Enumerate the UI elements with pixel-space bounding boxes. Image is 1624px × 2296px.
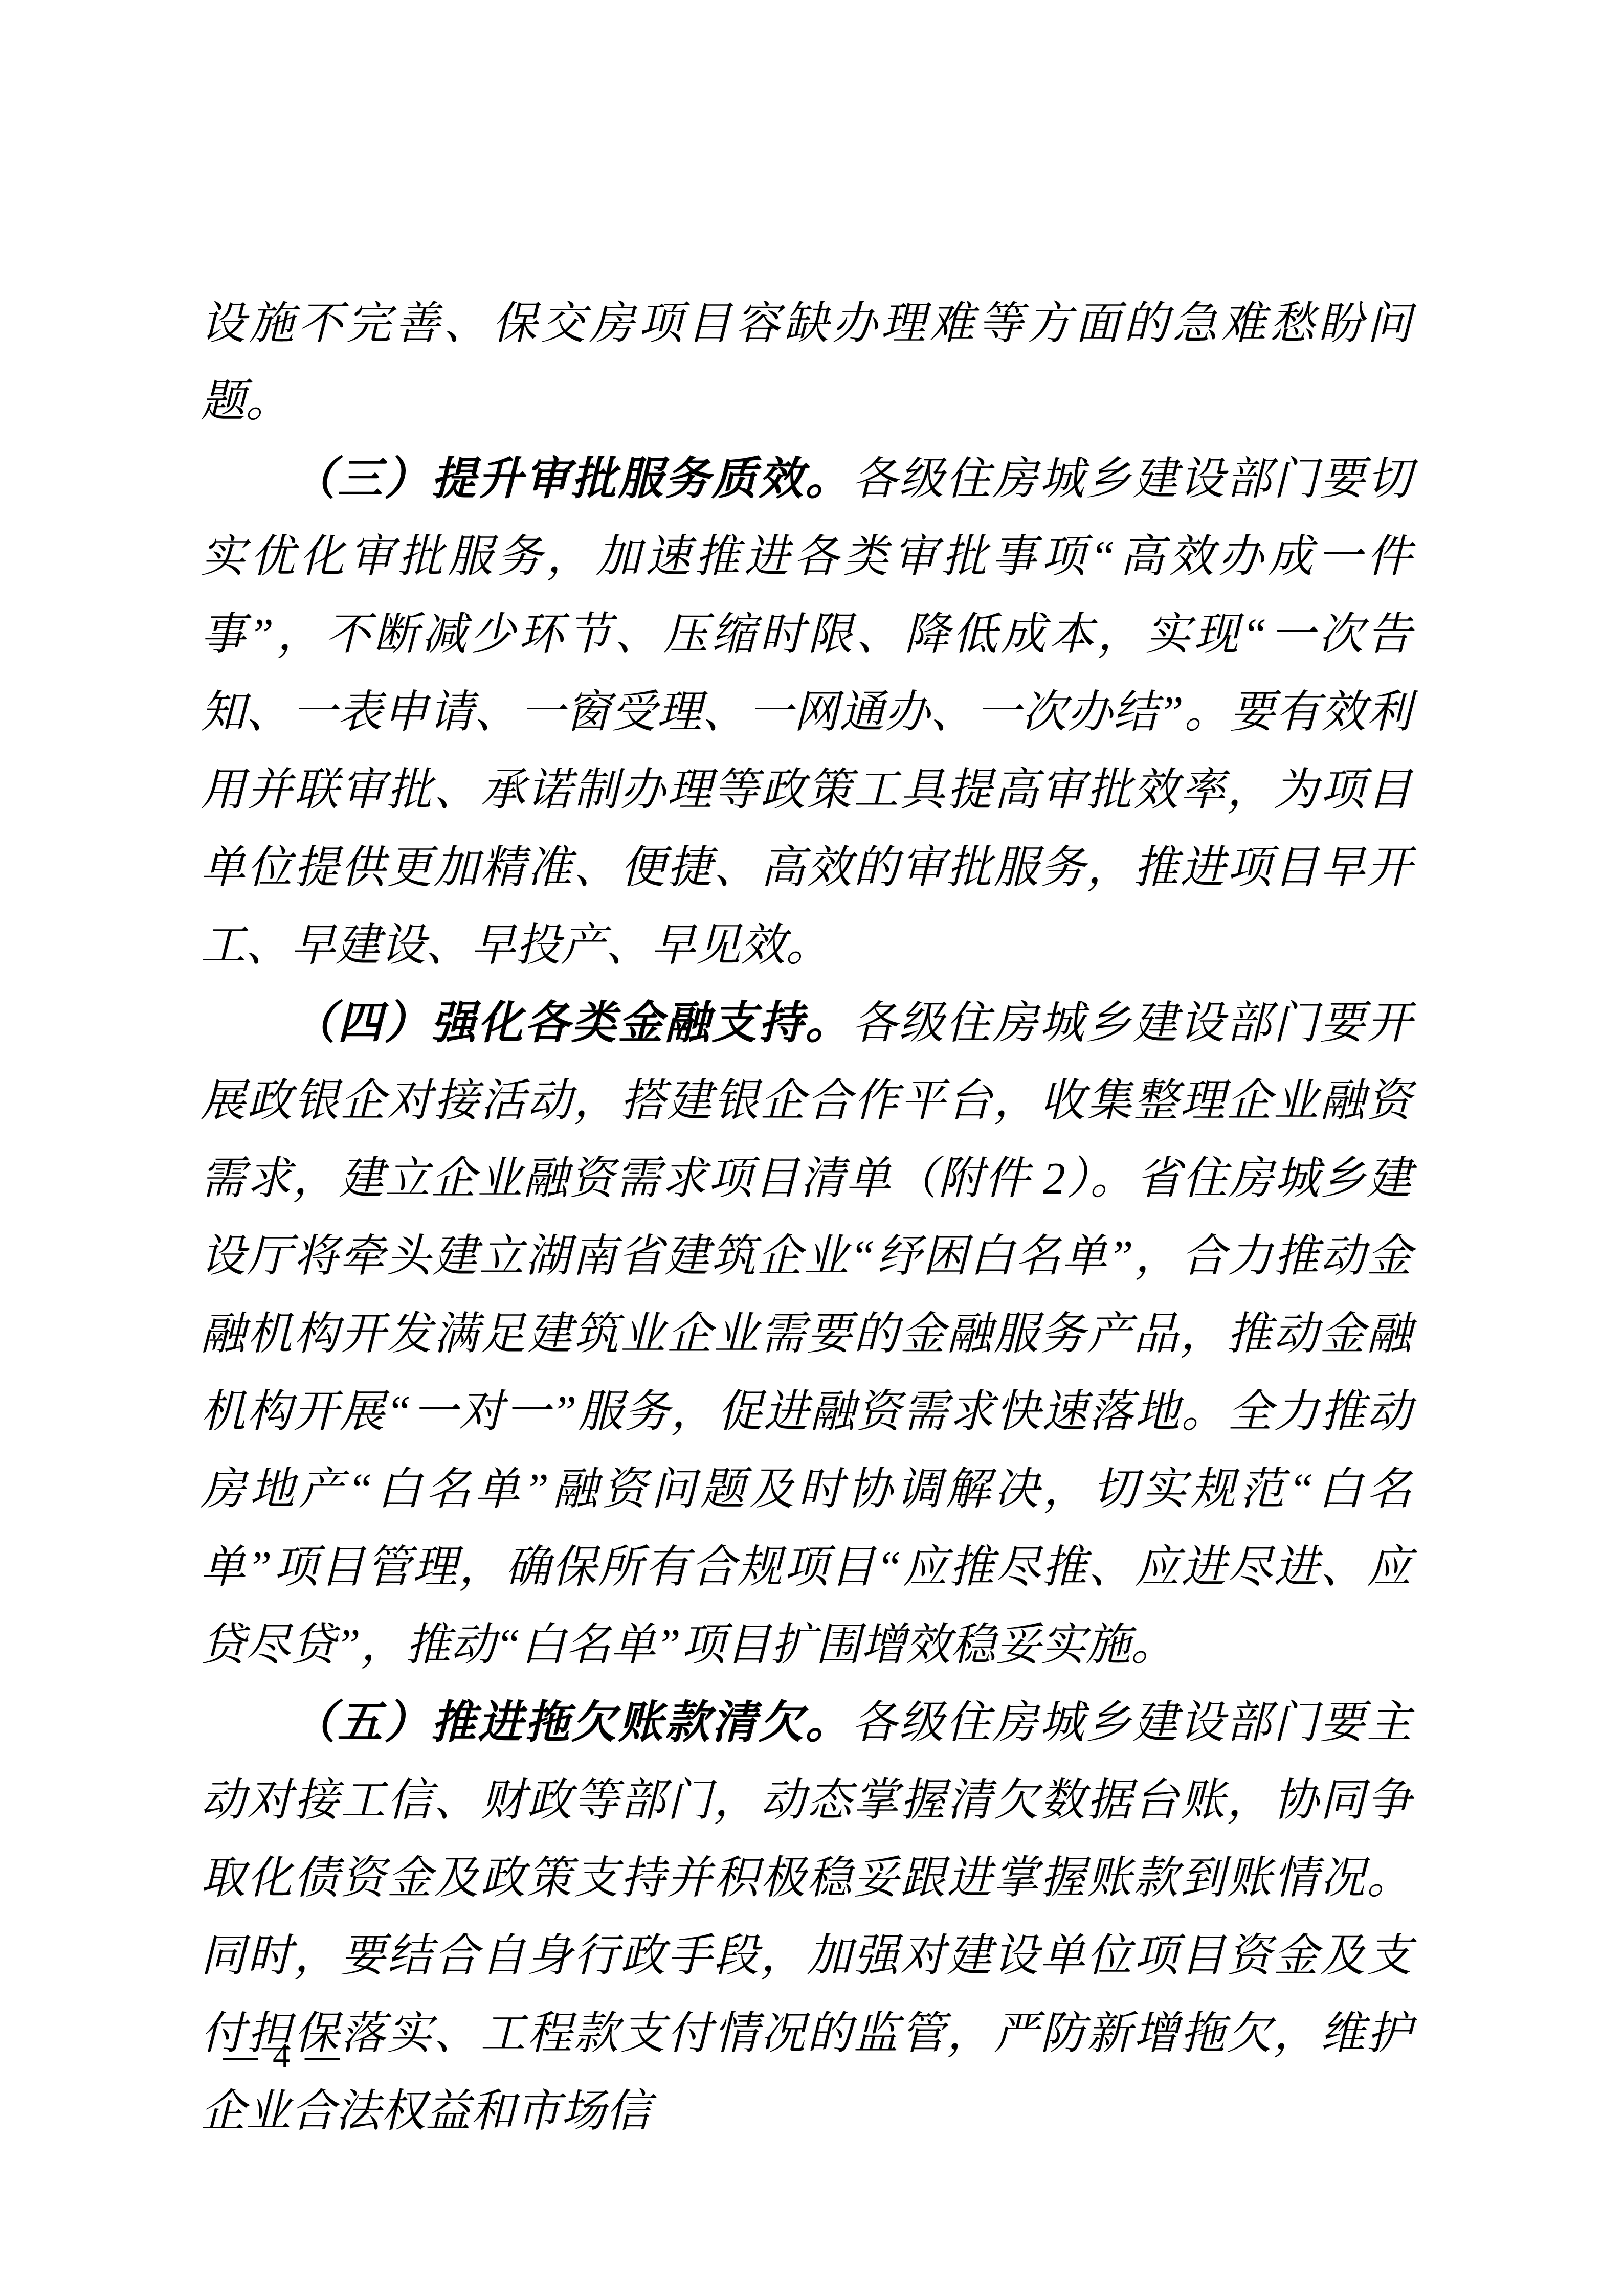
paragraph-section-4-text: 各级住房城乡建设部门要开展政银企对接活动，搭建银企合作平台，收集整理企业融资需求… bbox=[201, 999, 1412, 1670]
page-footer: — 4 — bbox=[223, 2038, 343, 2073]
paragraph-section-3-heading: （三）提升审批服务质效。 bbox=[291, 455, 852, 504]
paragraph-section-5: （五）推进拖欠账款清欠。各级住房城乡建设部门要主动对接工信、财政等部门，动态掌握… bbox=[201, 1684, 1412, 2151]
page-number: — 4 — bbox=[223, 2036, 343, 2075]
paragraph-section-4: （四）强化各类金融支持。各级住房城乡建设部门要开展政银企对接活动，搭建银企合作平… bbox=[201, 985, 1412, 1684]
paragraph-section-4-heading: （四）强化各类金融支持。 bbox=[291, 999, 852, 1048]
document-body: 设施不完善、保交房项目容缺办理难等方面的急难愁盼问题。 （三）提升审批服务质效。… bbox=[201, 285, 1412, 2151]
paragraph-section-3-text: 各级住房城乡建设部门要切实优化审批服务，加速推进各类审批事项“高效办成一件事”，… bbox=[201, 455, 1412, 971]
paragraph-section-5-text: 各级住房城乡建设部门要主动对接工信、财政等部门，动态掌握清欠数据台账，协同争取化… bbox=[201, 1698, 1412, 2136]
paragraph-continuation: 设施不完善、保交房项目容缺办理难等方面的急难愁盼问题。 bbox=[201, 285, 1412, 441]
paragraph-section-3: （三）提升审批服务质效。各级住房城乡建设部门要切实优化审批服务，加速推进各类审批… bbox=[201, 441, 1412, 985]
document-page: 设施不完善、保交房项目容缺办理难等方面的急难愁盼问题。 （三）提升审批服务质效。… bbox=[0, 0, 1624, 2296]
paragraph-section-5-heading: （五）推进拖欠账款清欠。 bbox=[291, 1698, 852, 1748]
